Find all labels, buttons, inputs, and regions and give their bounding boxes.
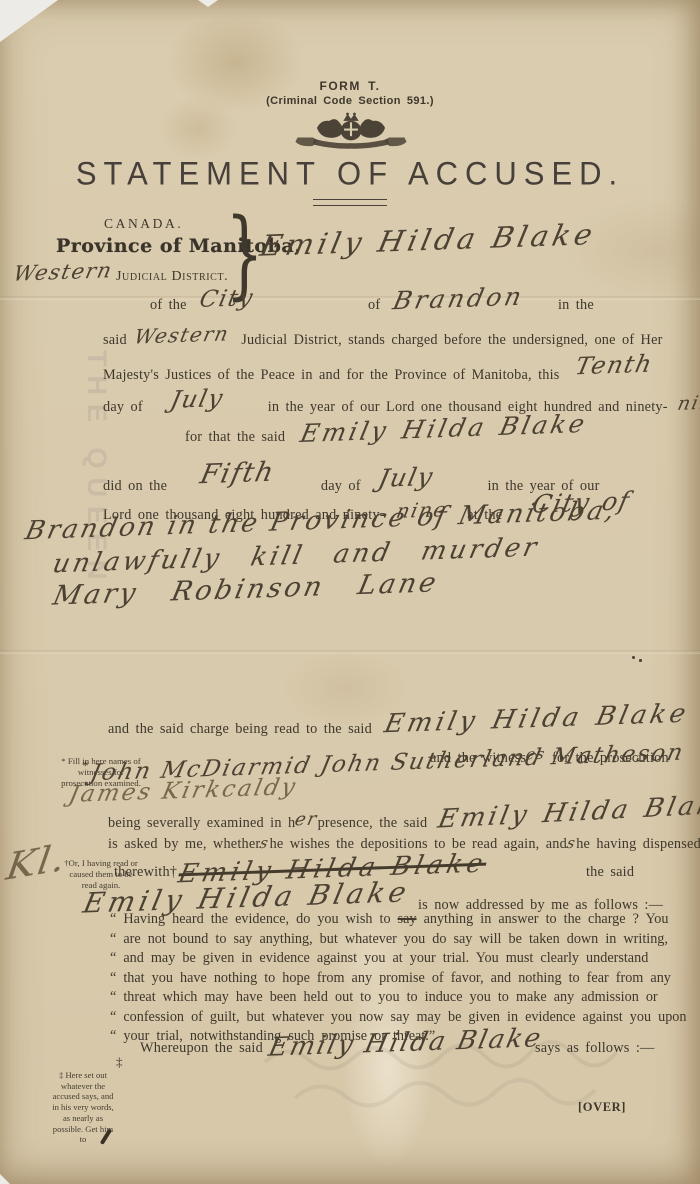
caption-district-label: Judicial District. [116, 269, 228, 285]
scanned-document: THE QUEEN FORM T. (Criminal Code Section… [0, 0, 700, 1184]
offence-handwritten-act: unlawfully kill and murder [55, 543, 537, 569]
torn-corner-bottom-left [0, 1174, 10, 1184]
offence-line-1: did on the Fifth day of July in the year… [103, 468, 600, 495]
the-said-label: the said [586, 864, 634, 881]
says-as-follows-label: says as follows :— [535, 1040, 655, 1057]
caption-country: CANADA. [104, 216, 183, 232]
fold-crease-upper [0, 296, 700, 300]
accused-name-handwritten-1: Emily Hilda Blake [262, 226, 594, 255]
whereupon-label: Whereupon the said [140, 1040, 263, 1057]
torn-corner-top-left [0, 0, 58, 42]
asked-line: is asked by me, whethershe wishes the de… [108, 836, 700, 853]
caution-line-6: “ confession of guilt, but whatever you … [110, 1008, 686, 1028]
caution-line-2: “ are not bound to say anything, but wha… [110, 930, 686, 950]
charge-line-4: for that the said Emily Hilda Blake [185, 420, 585, 446]
title-double-rule [313, 199, 387, 206]
form-number: FORM T. [0, 79, 700, 93]
caution-line-3: “ and may be given in evidence against y… [110, 949, 686, 969]
ink-speck [639, 659, 642, 662]
edge-notch-top [198, 0, 218, 7]
ink-speck [632, 656, 635, 659]
caution-line-5: “ threat which may have been held out to… [110, 988, 686, 1008]
location-place-handwritten: City [200, 288, 253, 311]
witness-names-handwritten-2: James Kirkcaldy [70, 780, 296, 803]
double-dagger-mark: ‡ [116, 1054, 123, 1070]
form-code-section: (Criminal Code Section 591.) [0, 95, 700, 107]
caution-line-4: “ that you have nothing to hope from any… [110, 969, 686, 989]
witness-names-handwritten-1: * John McDiarmid John Sutherland Matheso… [82, 752, 681, 775]
margin-initials-handwritten: Kl. [8, 843, 65, 881]
caution-line-1: “ Having heard the evidence, do you wish… [110, 910, 686, 930]
location-in-the: in the [558, 297, 594, 314]
document-title: STATEMENT OF ACCUSED. [0, 156, 700, 192]
location-of-the: of the [150, 297, 187, 314]
fold-crease-lower [0, 650, 700, 654]
over-label: [OVER] [578, 1100, 626, 1115]
charge-line-3: day of July in the year of our Lord one … [103, 391, 700, 416]
caution-paragraph: “ Having heard the evidence, do you wish… [110, 910, 686, 1047]
offence-handwritten-place: Brandon in the Province of Manitoba, [28, 508, 614, 534]
accused-name-handwritten-3: Emily Hilda Blake [270, 1030, 541, 1056]
caption-district-handwritten: Western [14, 262, 112, 284]
charge-line-1: said Western Judicial District, stands c… [103, 327, 663, 349]
examined-line: being severally examined in herpresence,… [108, 806, 700, 832]
location-town-handwritten: Brandon [394, 286, 523, 312]
charge-read-line: and the said charge being read to the sa… [108, 712, 688, 738]
charge-line-2: Majesty's Justices of the Peace in and f… [103, 359, 652, 384]
accused-name-handwritten-2: Emily Hilda Blake [85, 884, 408, 912]
royal-coat-of-arms-icon [292, 112, 410, 152]
victim-name-handwritten: Mary Robinson Lane [55, 576, 437, 603]
location-of: of [368, 297, 380, 314]
